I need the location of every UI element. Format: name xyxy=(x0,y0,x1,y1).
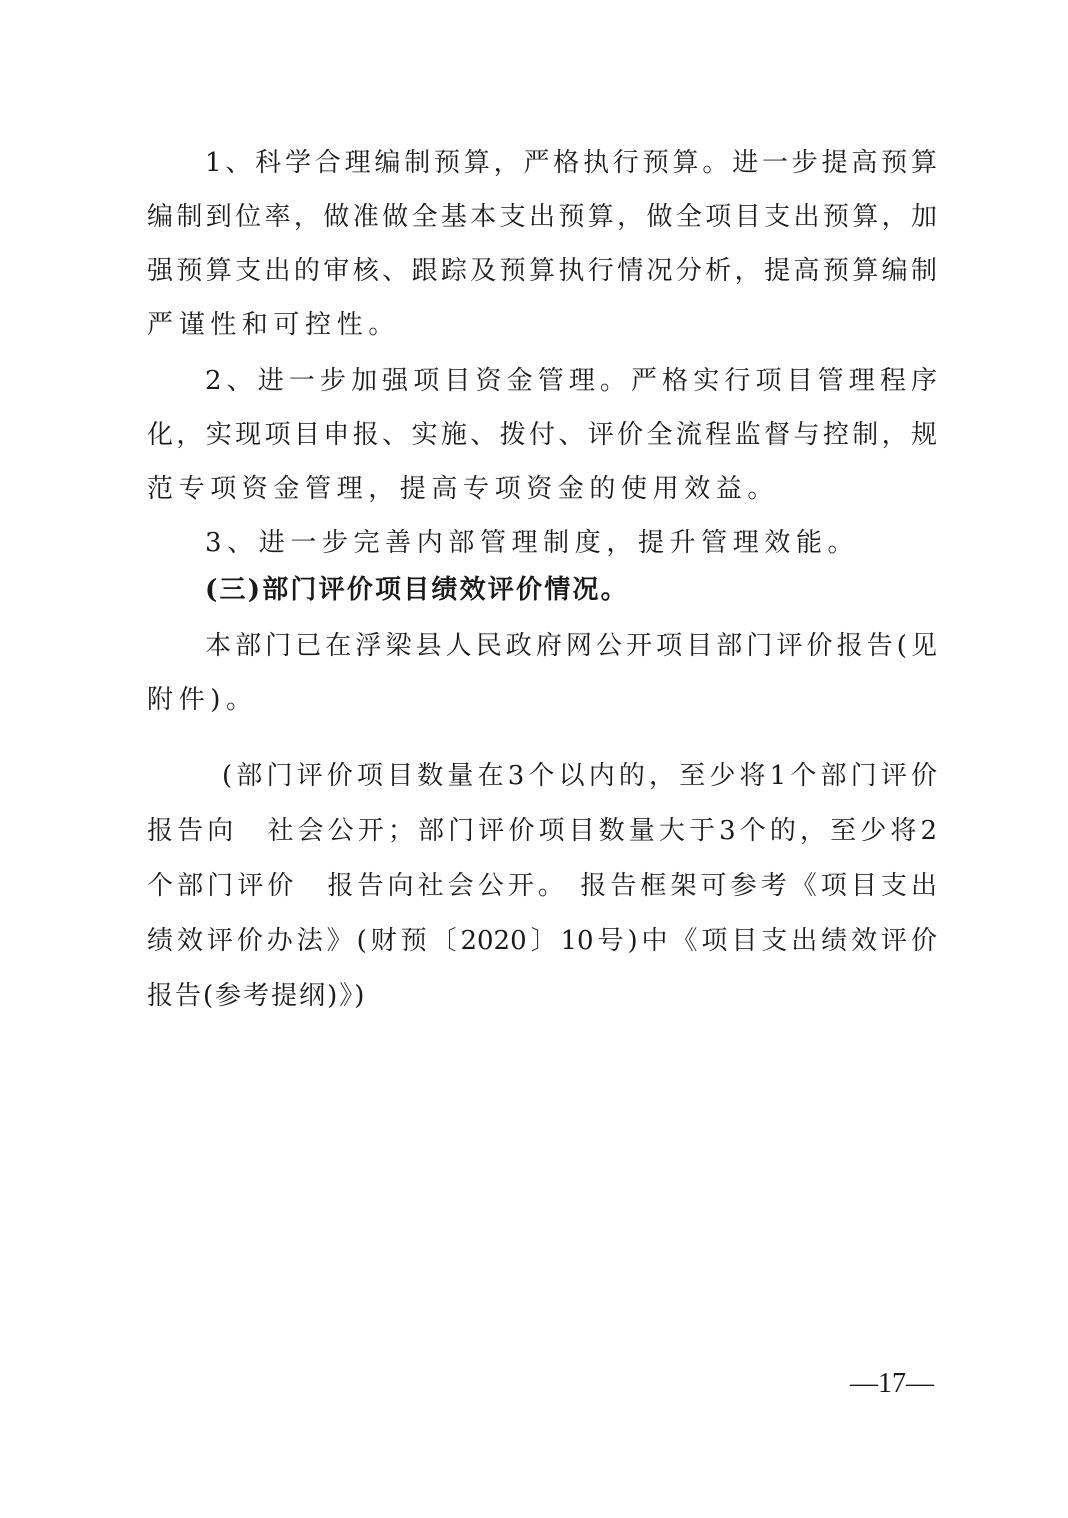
disclosure-line-1: 本部门已在浮梁县人民政府网公开项目部门评价报告(见 xyxy=(205,626,937,666)
item-1-line-2: 编制到位率，做准做全基本支出预算，做全项目支出预算，加 xyxy=(147,197,937,237)
item-1-line-3: 强预算支出的审核、跟踪及预算执行情况分析，提高预算编制 xyxy=(147,251,937,291)
section-heading: (三)部门评价项目绩效评价情况。 xyxy=(205,570,937,610)
item-1-line-4: 严谨性和可控性。 xyxy=(147,305,937,345)
note-line-1: (部门评价项目数量在3个以内的，至少将1个部门评价 xyxy=(222,756,937,796)
item-3-line-1: 3、进一步完善内部管理制度，提升管理效能。 xyxy=(205,523,937,563)
note-line-3: 个部门评价 报告向社会公开。 报告框架可参考《项目支出 xyxy=(147,866,937,906)
note-line-5: 报告(参考提纲)》) xyxy=(147,976,937,1016)
item-2-line-3: 范专项资金管理，提高专项资金的使用效益。 xyxy=(147,469,937,509)
disclosure-line-2: 附件)。 xyxy=(147,680,937,720)
item-2-line-1: 2、进一步加强项目资金管理。严格实行项目管理程序 xyxy=(205,361,937,401)
document-page: 1、科学合理编制预算，严格执行预算。进一步提高预算 编制到位率，做准做全基本支出… xyxy=(0,0,1068,1518)
page-number: —17— xyxy=(850,1368,934,1400)
item-1-line-1: 1、科学合理编制预算，严格执行预算。进一步提高预算 xyxy=(205,143,937,183)
item-2-line-2: 化，实现项目申报、实施、拨付、评价全流程监督与控制，规 xyxy=(147,415,937,455)
note-line-2: 报告向 社会公开；部门评价项目数量大于3个的，至少将2 xyxy=(147,811,937,851)
note-line-4: 绩效评价办法》(财预〔2020〕10号)中《项目支出绩效评价 xyxy=(147,921,937,961)
